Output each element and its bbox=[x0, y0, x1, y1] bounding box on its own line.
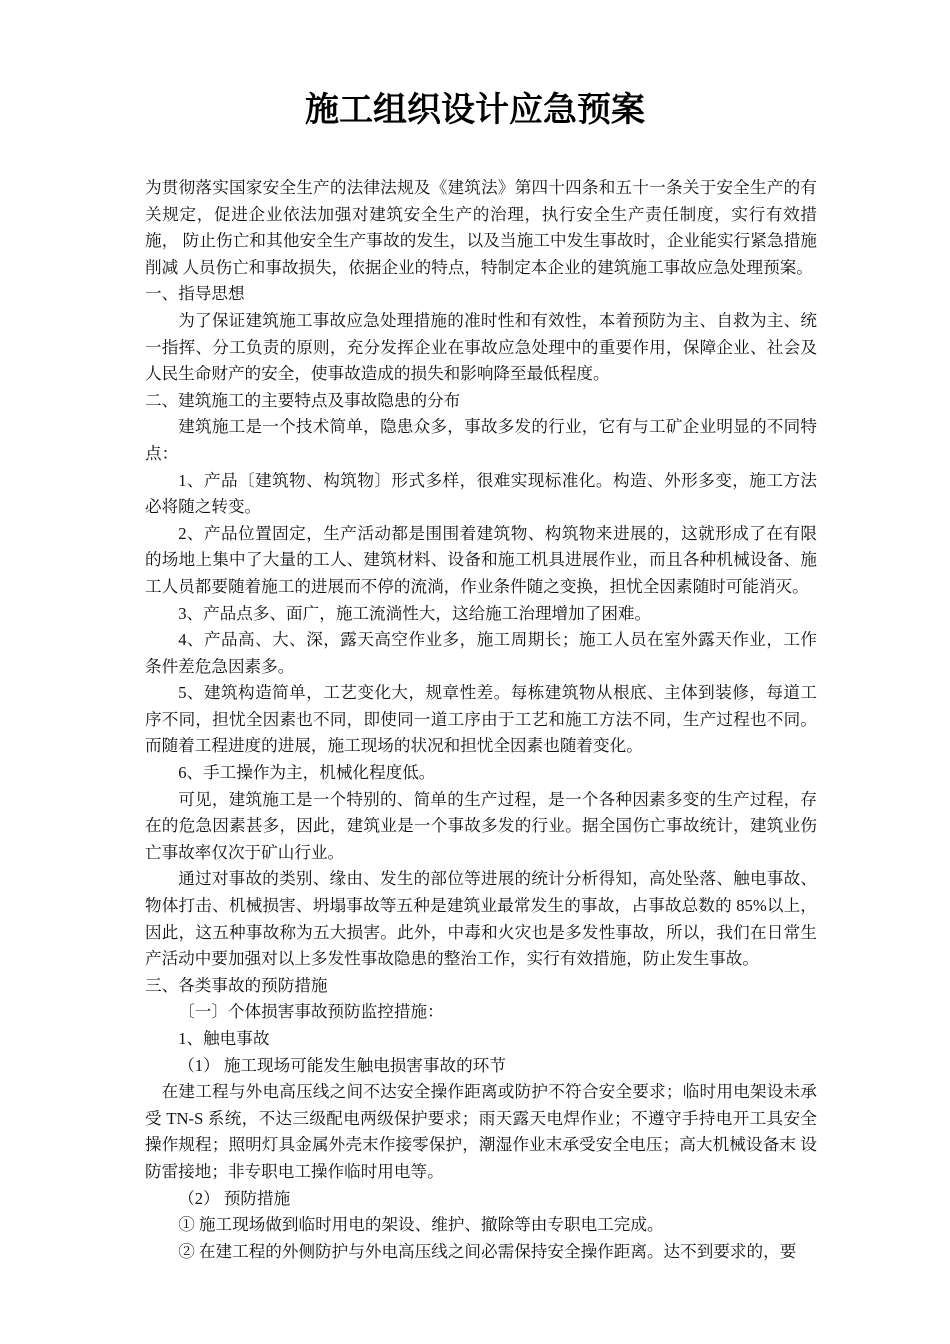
paragraph: 2、产品位置固定，生产活动都是围围着建筑物、构筑物来进展的，这就形成了在有限的场… bbox=[145, 521, 817, 601]
paragraph: （2） 预防措施 bbox=[145, 1186, 817, 1213]
paragraph: 可见，建筑施工是一个特别的、简单的生产过程，是一个各种因素多变的生产过程，存在的… bbox=[145, 787, 817, 867]
paragraph: 6、手工操作为主，机械化程度低。 bbox=[145, 760, 817, 787]
paragraph: 1、触电事故 bbox=[145, 1026, 817, 1053]
paragraph: 4、产品高、大、深，露天高空作业多，施工周期长；施工人员在室外露天作业，工作条件… bbox=[145, 627, 817, 680]
paragraph: 通过对事故的类别、缘由、发生的部位等进展的统计分析得知，高处坠落、触电事故、物体… bbox=[145, 866, 817, 972]
paragraph: 建筑施工是一个技术简单，隐患众多，事故多发的行业，它有与工矿企业明显的不同特点： bbox=[145, 414, 817, 467]
section-heading: 二、建筑施工的主要特点及事故隐患的分布 bbox=[145, 388, 817, 415]
paragraph: 为了保证建筑施工事故应急处理措施的准时性和有效性，本着预防为主、自救为主、统 一… bbox=[145, 308, 817, 388]
document-body: 为贯彻落实国家安全生产的法律法规及《建筑法》第四十四条和五十一条关于安全生产的有… bbox=[145, 175, 817, 1265]
document-title: 施工组织设计应急预案 bbox=[0, 0, 950, 131]
paragraph: （1） 施工现场可能发生触电损害事故的环节 bbox=[145, 1053, 817, 1080]
paragraph: 在建工程与外电高压线之间不达安全操作距离或防护不符合安全要求；临时用电架设未承受… bbox=[145, 1079, 817, 1185]
section-heading: 三、各类事故的预防措施 bbox=[145, 973, 817, 1000]
paragraph: ① 施工现场做到临时用电的架设、维护、撤除等由专职电工完成。 bbox=[145, 1212, 817, 1239]
paragraph: 1、产品〔建筑物、构筑物〕形式多样，很难实现标准化。构造、外形多变，施工方法必将… bbox=[145, 468, 817, 521]
paragraph: 5、建筑构造简单，工艺变化大，规章性差。每栋建筑物从根底、主体到装修，每道工序不… bbox=[145, 680, 817, 760]
paragraph: 〔一〕个体损害事故预防监控措施： bbox=[145, 999, 817, 1026]
paragraph: 3、产品点多、面广，施工流淌性大，这给施工治理增加了困难。 bbox=[145, 601, 817, 628]
paragraph: 为贯彻落实国家安全生产的法律法规及《建筑法》第四十四条和五十一条关于安全生产的有… bbox=[145, 175, 817, 281]
section-heading: 一、指导思想 bbox=[145, 281, 817, 308]
paragraph: ② 在建工程的外侧防护与外电高压线之间必需保持安全操作距离。达不到要求的，要 bbox=[145, 1239, 817, 1266]
document-page: 施工组织设计应急预案 为贯彻落实国家安全生产的法律法规及《建筑法》第四十四条和五… bbox=[0, 0, 950, 1344]
